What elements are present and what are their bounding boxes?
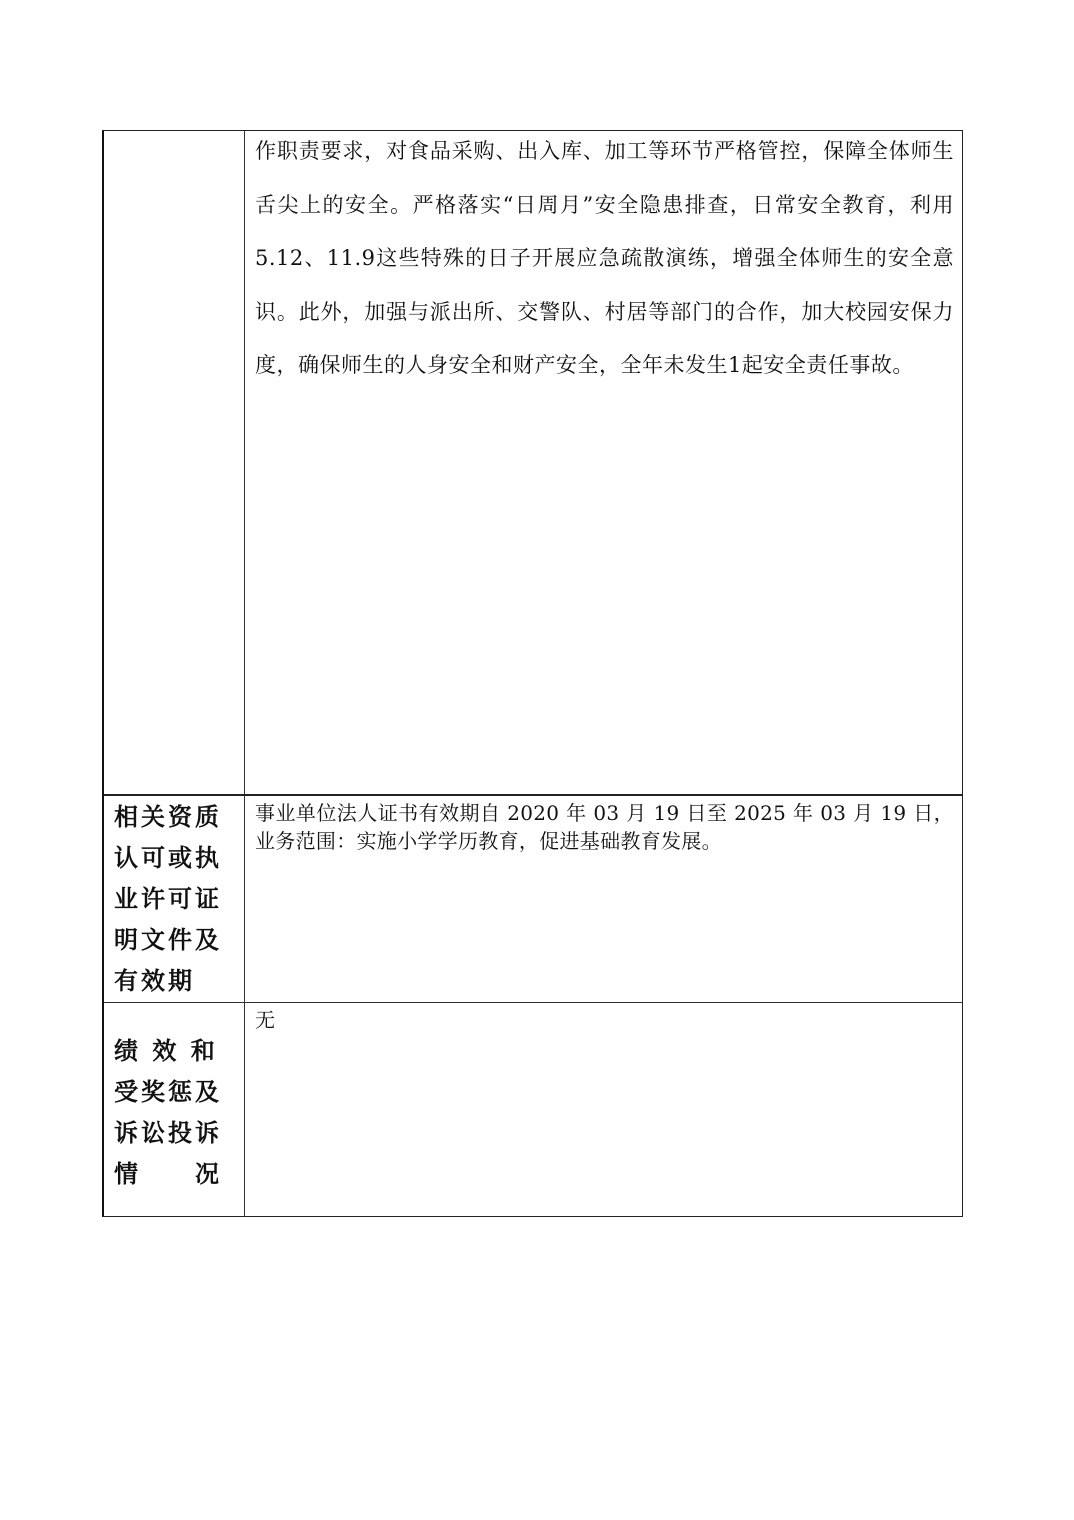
table-row-safety: 作职责要求，对食品采购、出入库、加工等环节严格管控，保障全体师生舌尖上的安全。严… bbox=[104, 131, 962, 796]
performance-label: 绩 效 和 受奖惩及 诉讼投诉 情 况 bbox=[104, 1031, 244, 1195]
row-content-cell: 作职责要求，对食品采购、出入库、加工等环节严格管控，保障全体师生舌尖上的安全。严… bbox=[245, 131, 962, 794]
qualification-label: 相关资质 认可或执 业许可证 明文件及 有效期 bbox=[104, 797, 244, 1002]
row-label-cell: 绩 效 和 受奖惩及 诉讼投诉 情 况 bbox=[104, 1003, 245, 1216]
safety-work-text: 作职责要求，对食品采购、出入库、加工等环节严格管控，保障全体师生舌尖上的安全。严… bbox=[255, 125, 954, 393]
row-label-cell bbox=[104, 131, 245, 794]
qualification-text: 事业单位法人证书有效期自 2020 年 03 月 19 日至 2025 年 03… bbox=[255, 799, 954, 855]
row-content-cell: 无 bbox=[245, 1003, 962, 1216]
performance-text: 无 bbox=[255, 1006, 954, 1034]
info-table: 作职责要求，对食品采购、出入库、加工等环节严格管控，保障全体师生舌尖上的安全。严… bbox=[102, 130, 963, 1217]
row-content-cell: 事业单位法人证书有效期自 2020 年 03 月 19 日至 2025 年 03… bbox=[245, 796, 962, 1002]
table-row-qualification: 相关资质 认可或执 业许可证 明文件及 有效期 事业单位法人证书有效期自 202… bbox=[104, 796, 962, 1003]
table-row-performance: 绩 效 和 受奖惩及 诉讼投诉 情 况 无 bbox=[104, 1003, 962, 1216]
row-label-cell: 相关资质 认可或执 业许可证 明文件及 有效期 bbox=[104, 796, 245, 1002]
